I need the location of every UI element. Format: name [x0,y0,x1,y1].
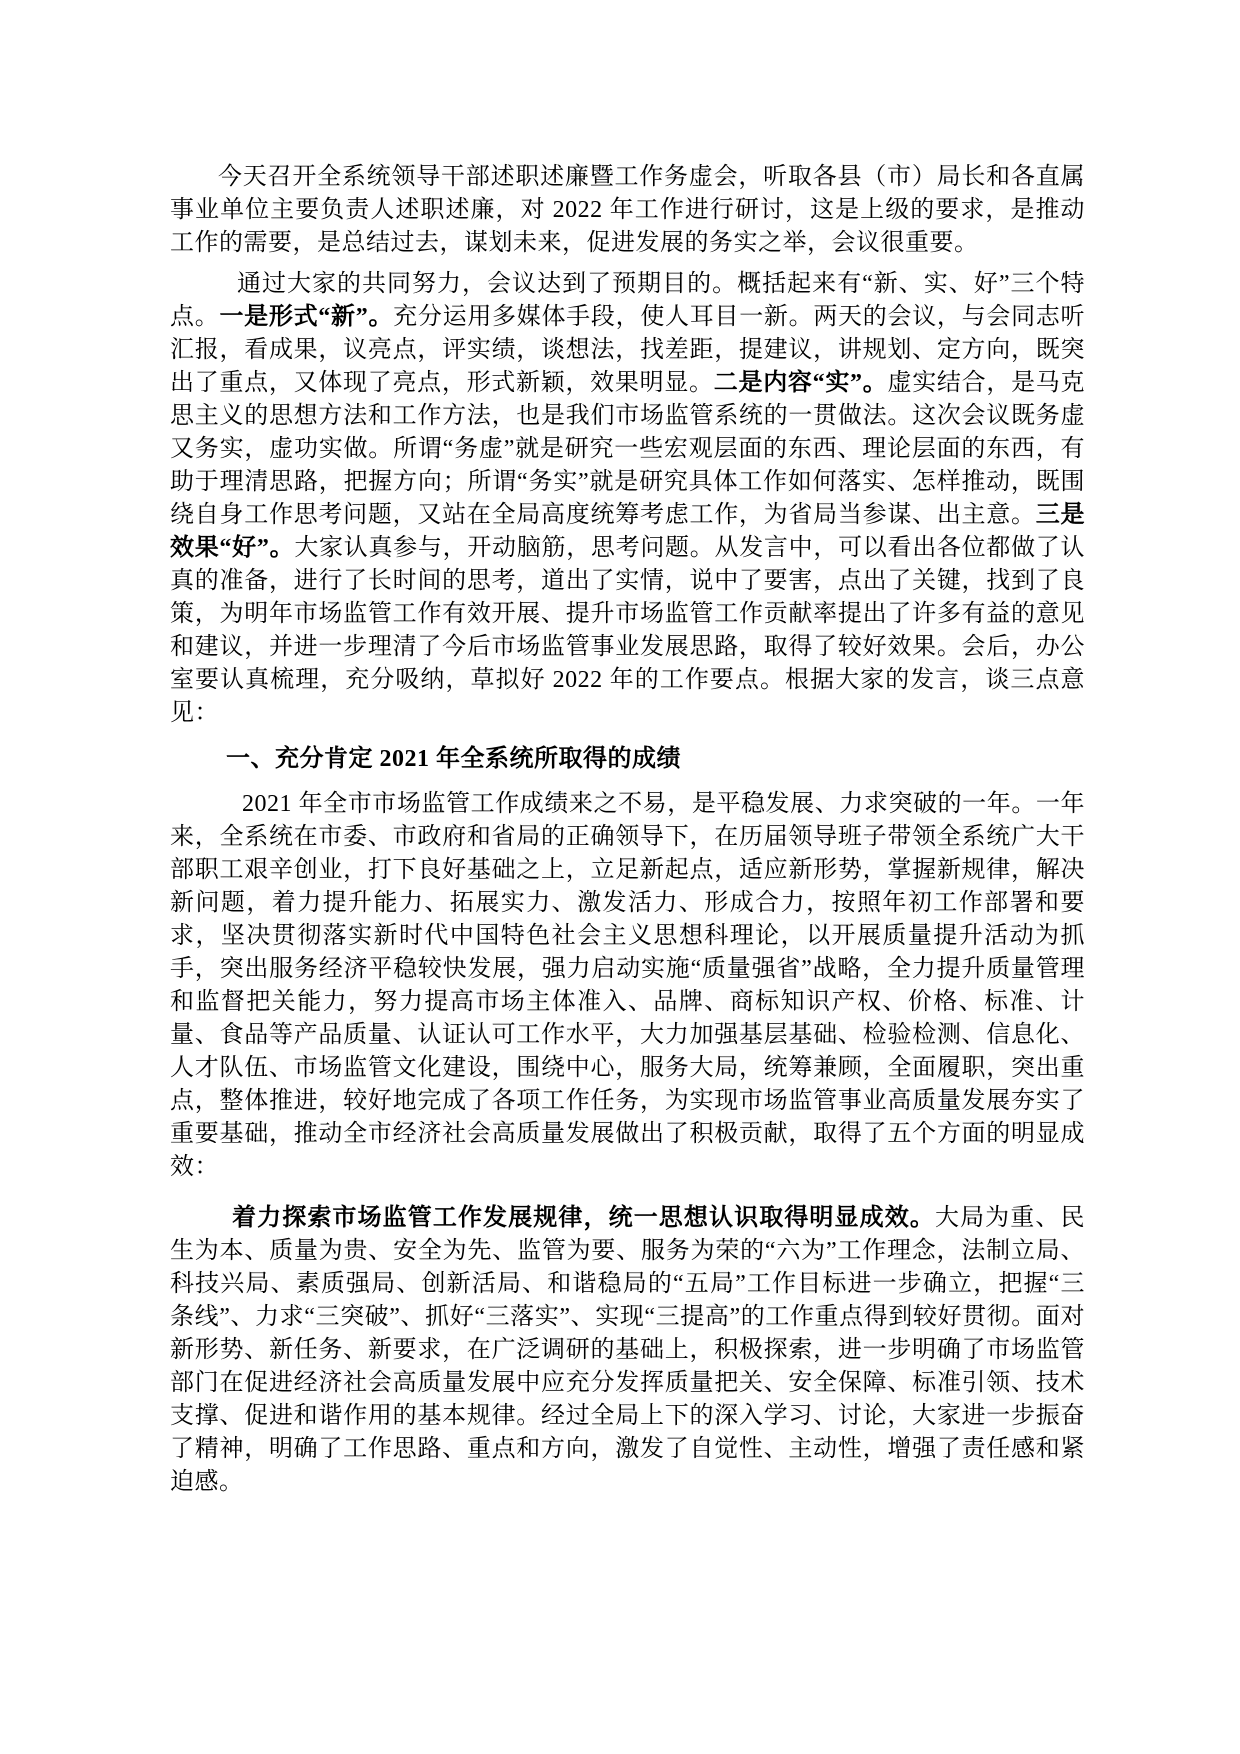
document-body: 今天召开全系统领导干部述职述廉暨工作务虚会，听取各县（市）局长和各直属事业单位主… [170,161,1085,1499]
para-4: 着力探索市场监管工作发展规律，统一思想认识取得明显成效。大局为重、民生为本、质量… [170,1202,1085,1499]
document-page: 今天召开全系统领导干部述职述廉暨工作务虚会，听取各县（市）局长和各直属事业单位主… [0,0,1240,1754]
para-2: 通过大家的共同努力，会议达到了预期目的。概括起来有“新、实、好”三个特点。一是形… [170,268,1085,730]
para-4-run-2: 大局为重、民生为本、质量为贵、安全为先、监管为要、服务为荣的“六为”工作理念，法… [170,1205,1085,1495]
para-2-run-4: 二是内容“实”。 [714,370,888,396]
para-4-run-1: 着力探索市场监管工作发展规律，统一思想认识取得明显成效。 [232,1205,935,1231]
para-3-run-1: 2021 年全市市场监管工作成绩来之不易，是平稳发展、力求突破的一年。一年来，全… [170,791,1085,1180]
para-3: 2021 年全市市场监管工作成绩来之不易，是平稳发展、力求突破的一年。一年来，全… [170,788,1085,1184]
heading-1: 一、充分肯定 2021 年全系统所取得的成绩 [170,743,1085,776]
para-1: 今天召开全系统领导干部述职述廉暨工作务虚会，听取各县（市）局长和各直属事业单位主… [170,161,1085,260]
para-1-run-1: 今天召开全系统领导干部述职述廉暨工作务虚会，听取各县（市）局长和各直属事业单位主… [170,164,1085,256]
para-2-run-7: 大家认真参与，开动脑筋，思考问题。从发言中，可以看出各位都做了认真的准备，进行了… [170,535,1085,726]
para-2-run-2: 一是形式“新”。 [219,304,393,330]
heading-1-run-1: 一、充分肯定 2021 年全系统所取得的成绩 [226,746,681,772]
